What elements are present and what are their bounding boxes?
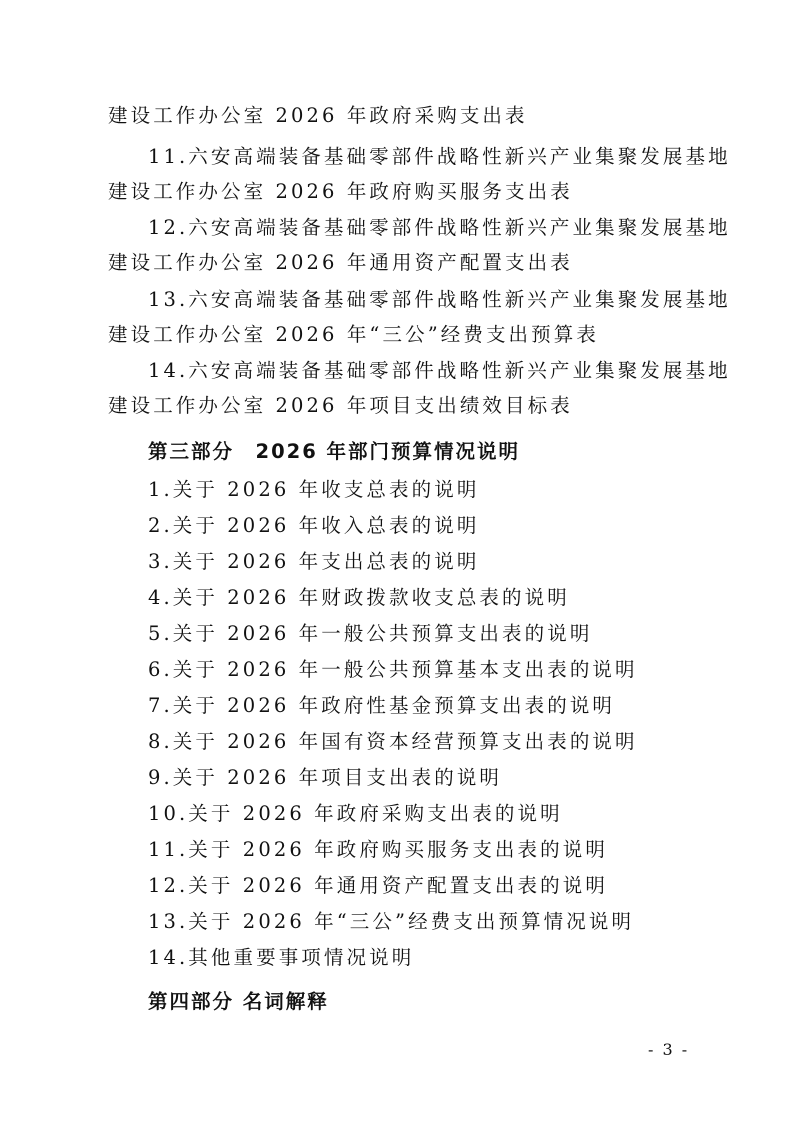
toc-item-10-continuation: 建设工作办公室 2026 年政府采购支出表 — [108, 104, 528, 128]
part3-item-5: 5.关于 2026 年一般公共预算支出表的说明 — [148, 622, 592, 646]
part3-item-3: 3.关于 2026 年支出总表的说明 — [148, 550, 479, 574]
part3-item-9: 9.关于 2026 年项目支出表的说明 — [148, 766, 502, 790]
part3-item-8: 8.关于 2026 年国有资本经营预算支出表的说明 — [148, 730, 638, 754]
toc-item-14-line2: 建设工作办公室 2026 年项目支出绩效目标表 — [108, 394, 573, 418]
part3-heading: 第三部分 2026 年部门预算情况说明 — [148, 440, 520, 464]
part3-item-2: 2.关于 2026 年收入总表的说明 — [148, 514, 479, 538]
part3-item-1: 1.关于 2026 年收支总表的说明 — [148, 478, 479, 502]
part3-item-12: 12.关于 2026 年通用资产配置支出表的说明 — [148, 874, 608, 898]
toc-item-11-line1: 11.六安高端装备基础零部件战略性新兴产业集聚发展基地 — [148, 145, 731, 169]
toc-item-12-line2: 建设工作办公室 2026 年通用资产配置支出表 — [108, 251, 573, 275]
part4-heading: 第四部分 名词解释 — [148, 990, 329, 1014]
toc-item-13-line1: 13.六安高端装备基础零部件战略性新兴产业集聚发展基地 — [148, 288, 731, 312]
part3-item-10: 10.关于 2026 年政府采购支出表的说明 — [148, 802, 563, 826]
page-number: - 3 - — [648, 1040, 689, 1059]
part3-item-11: 11.关于 2026 年政府购买服务支出表的说明 — [148, 838, 608, 862]
part3-item-6: 6.关于 2026 年一般公共预算基本支出表的说明 — [148, 658, 638, 682]
part3-item-14: 14.其他重要事项情况说明 — [148, 946, 414, 970]
toc-item-13-line2: 建设工作办公室 2026 年“三公”经费支出预算表 — [108, 323, 599, 347]
part3-item-4: 4.关于 2026 年财政拨款收支总表的说明 — [148, 586, 570, 610]
part3-item-7: 7.关于 2026 年政府性基金预算支出表的说明 — [148, 694, 615, 718]
part3-item-13: 13.关于 2026 年“三公”经费支出预算情况说明 — [148, 910, 634, 934]
toc-item-14-line1: 14.六安高端装备基础零部件战略性新兴产业集聚发展基地 — [148, 359, 731, 383]
toc-item-12-line1: 12.六安高端装备基础零部件战略性新兴产业集聚发展基地 — [148, 216, 731, 240]
toc-item-11-line2: 建设工作办公室 2026 年政府购买服务支出表 — [108, 180, 573, 204]
